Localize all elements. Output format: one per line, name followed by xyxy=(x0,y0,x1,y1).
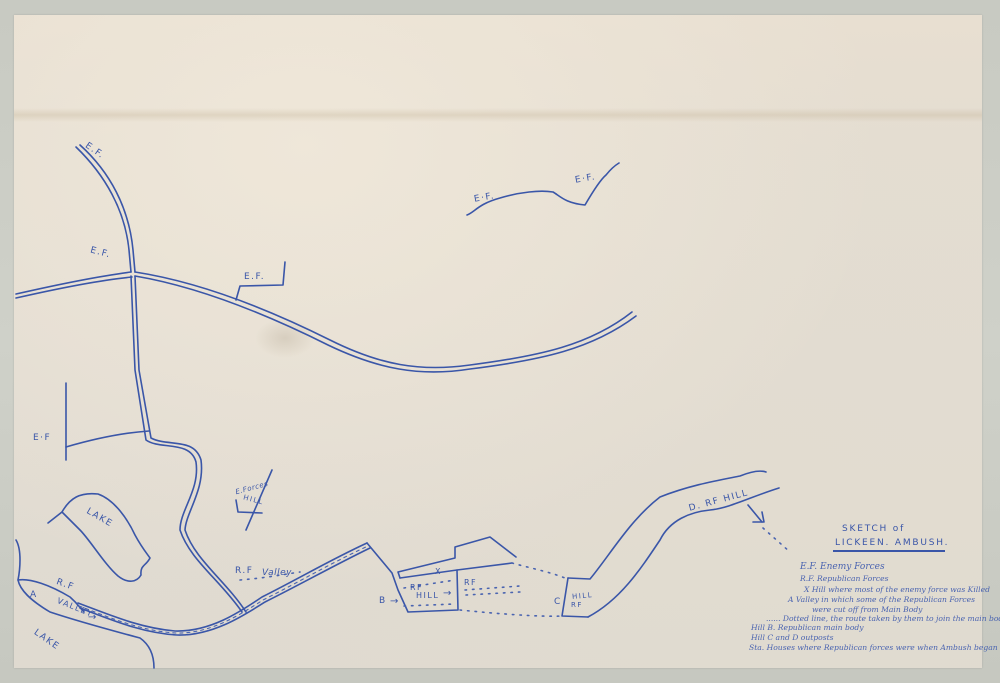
label-valley-mid: Valley xyxy=(262,568,292,578)
lake-lower-shore xyxy=(16,540,154,668)
road-east xyxy=(135,272,636,372)
label-hill-b: HILL xyxy=(416,591,439,600)
rf-dotted-route-mid xyxy=(465,586,520,595)
legend-entry-hill-c-d: Hill C and D outposts xyxy=(751,633,834,642)
ef-position-upper-right xyxy=(467,163,619,215)
legend-title-line-2: LICKEEN. AMBUSH. xyxy=(835,538,949,548)
label-hill-c-rf: RF xyxy=(571,601,583,609)
label-republican-forces-valley: R.F xyxy=(235,566,253,576)
label-x-hill: X xyxy=(435,567,442,576)
legend-entry-rf: R.F. Republican Forces xyxy=(800,574,889,583)
dotted-route-to-c xyxy=(512,563,565,578)
label-point-c: C xyxy=(554,597,562,607)
label-enemy-forces-left: E·F xyxy=(33,433,51,443)
label-point-a: A xyxy=(30,590,38,600)
arrow-point-b: → xyxy=(390,596,399,607)
arrow-hill-b: → xyxy=(443,588,452,599)
legend-entry-hill-b: Hill B. Republican main body xyxy=(751,623,864,632)
legend-entry-ef: E.F. Enemy Forces xyxy=(800,562,885,572)
label-enemy-forces-east-road: E.F. xyxy=(244,272,265,282)
ef-position-left xyxy=(66,383,149,460)
legend-entry-dotted-line: ...... Dotted line, the route taken by t… xyxy=(766,614,1000,623)
legend-entry-a-valley: A Valley in which some of the Republican… xyxy=(788,595,975,604)
legend-entry-station: Sta. Houses where Republican forces were… xyxy=(749,643,998,652)
legend-title-line-1: SKETCH of xyxy=(842,524,905,534)
label-point-b: B xyxy=(379,596,387,606)
dotted-route-bottom xyxy=(460,610,562,616)
lake-upper-outline xyxy=(62,494,150,582)
label-republican-forces-mid: RF xyxy=(464,578,477,587)
road-west xyxy=(16,272,132,298)
legend-entry-x-hill: X Hill where most of the enemy force was… xyxy=(804,585,990,594)
arrow-valley-left: → xyxy=(88,612,97,623)
legend-title-underline xyxy=(833,550,945,552)
legend-entry-a-valley-cont: were cut off from Main Body xyxy=(812,605,922,614)
station-houses-marker xyxy=(748,505,790,552)
